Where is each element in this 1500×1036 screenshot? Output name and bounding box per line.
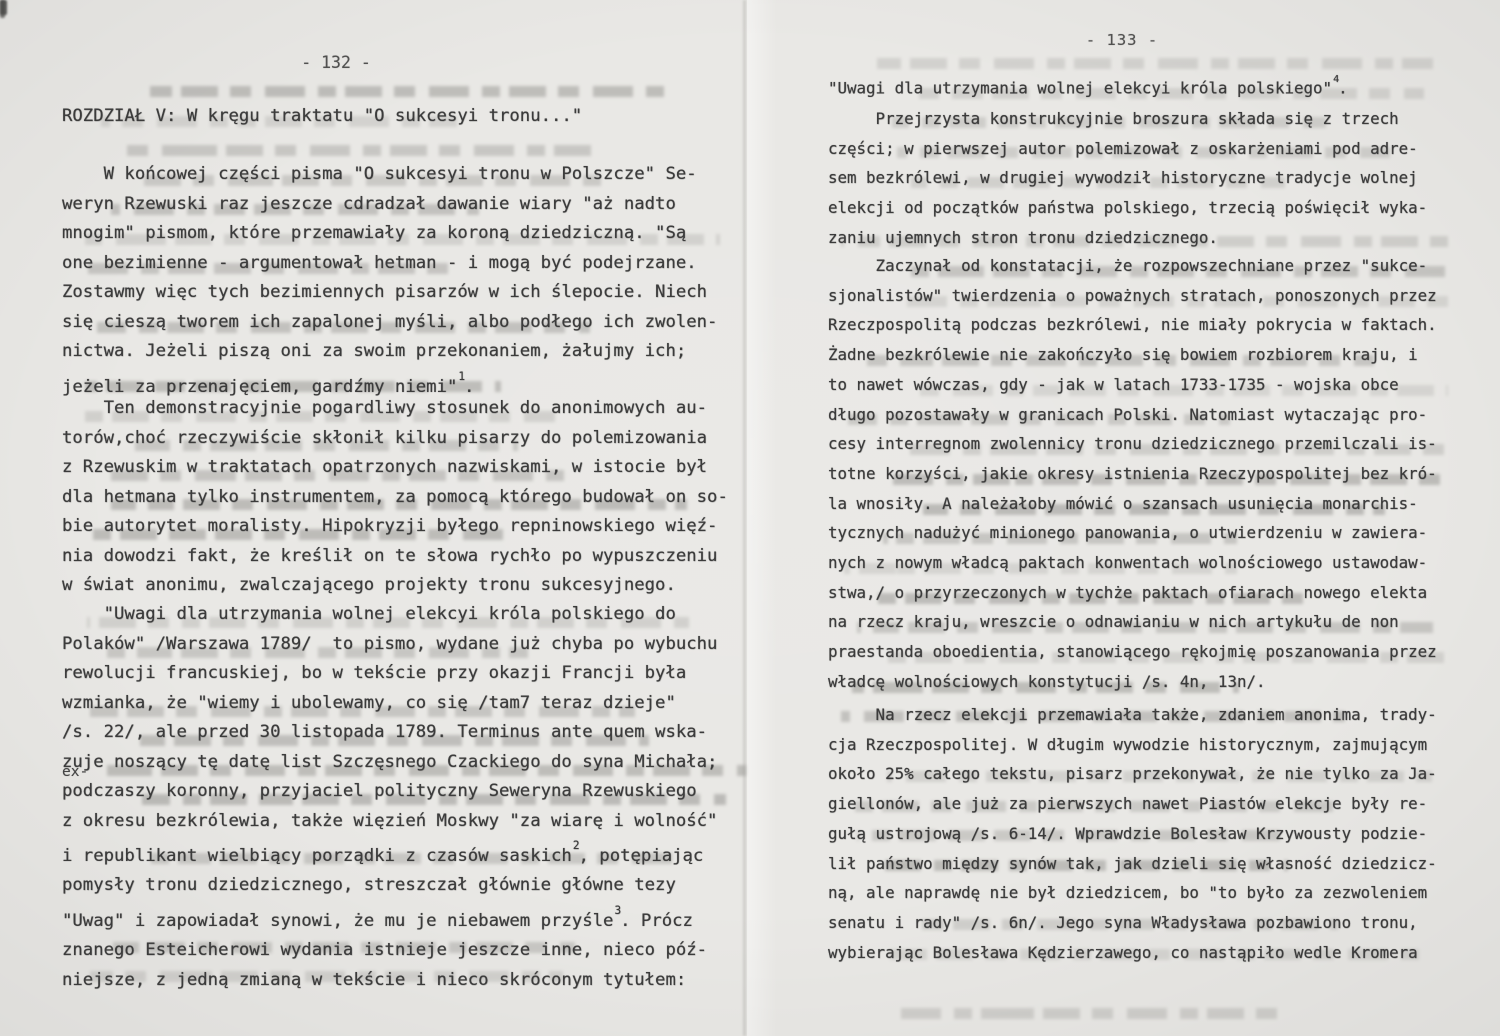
text-line: lił państwo między synów tak, jak dzieli…: [828, 849, 1437, 879]
text-line: podczaszy koronny, przyjaciel polityczny…: [62, 777, 717, 807]
text-line: Zostawmy więc tych bezimiennych pisarzów…: [62, 278, 717, 308]
page-number: - 133 -: [1022, 26, 1222, 56]
text-line: Na rzecz elekcji przemawiała także, zdan…: [828, 700, 1437, 730]
text-line: "Uwag" i zapowiadał synowi, że mu je nie…: [62, 901, 717, 936]
text-line: giellonów, ale już za pierwszych nawet P…: [828, 789, 1437, 819]
text-line: cesy interregnom zwolennicy tronu dziedz…: [828, 429, 1437, 459]
text-line: Rzeczpospolitą podczas bezkrólewi, nie m…: [828, 310, 1437, 340]
text-line: elekcji od początków państwa polskiego, …: [828, 193, 1427, 223]
text-line: one bezimienne - argumentował hetman - i…: [62, 249, 717, 279]
text-line: Ten demonstracyjnie pogardliwy stosunek …: [62, 394, 728, 424]
text-line: mnogim" pismom, które przemawiały za kor…: [62, 219, 717, 249]
paragraph-2: Ten demonstracyjnie pogardliwy stosunek …: [62, 394, 728, 601]
text-line: z Rzewuskim w traktatach opatrzonych naz…: [62, 453, 728, 483]
text-line: długo pozostawały w granicach Polski. Na…: [828, 400, 1437, 430]
text-line: Żadne bezkrólewie nie zakończyło się bow…: [828, 340, 1437, 370]
text-line: stwa,/ o przyrzeczonych w tychże paktach…: [828, 578, 1437, 608]
text-line: "Uwagi dla utrzymania wolnej elekcyi kró…: [62, 600, 717, 630]
text-line: części; w pierwszej autor polemizował z …: [828, 134, 1427, 164]
text-line: torów,choć rzeczywiście skłonił kilku pi…: [62, 424, 728, 454]
text-line: sjonalistów" twierdzenia o poważnych str…: [828, 281, 1437, 311]
text-line: znanego Esteicherowi wydania istnieje je…: [62, 936, 717, 966]
marginal-insertion-ex: ex-: [62, 765, 88, 779]
text-line: zaniu ujemnych stron tronu dziedzicznego…: [828, 223, 1427, 253]
text-line: bie autorytet moralisty. Hipokryzji byłe…: [62, 512, 728, 542]
text-line: cja Rzeczpospolitej. W długim wywodzie h…: [828, 730, 1437, 760]
page-132: - 132 - ROZDZIAŁ V: W kręgu traktatu "O …: [62, 0, 762, 1036]
text-line: ną, ale naprawdę nie był dziedzicem, bo …: [828, 878, 1437, 908]
text-line: pomysły tronu dziedzicznego, streszczał …: [62, 871, 717, 901]
text-line: zuje noszący tę datę list Szczęsnego Cza…: [62, 748, 717, 778]
text-line: niejsze, z jedną zmianą w tekście i niec…: [62, 966, 717, 996]
text-line: la wnosiły. A należałoby mówić o szansac…: [828, 489, 1437, 519]
text-line: nych z nowym władcą paktach konwentach w…: [828, 548, 1437, 578]
text-line: z okresu bezkrólewia, także więzień Mosk…: [62, 807, 717, 837]
text-line: około 25% całego tekstu, pisarz przekony…: [828, 759, 1437, 789]
title-carryover-line: "Uwagi dla utrzymania wolnej elekcyi kró…: [828, 70, 1348, 103]
scan-edge-mark: [0, 0, 5, 18]
paragraph-3: Na rzecz elekcji przemawiała także, zdan…: [828, 700, 1437, 967]
text-line: sem bezkrólewi, w drugiej wywodził histo…: [828, 163, 1427, 193]
paragraph-3: "Uwagi dla utrzymania wolnej elekcyi kró…: [62, 600, 717, 995]
page-number: - 132 -: [236, 48, 436, 78]
text-line: totne korzyści, jakie okresy istnienia R…: [828, 459, 1437, 489]
text-line: gułą ustrojową /s. 6-14/. Wprawdzie Bole…: [828, 819, 1437, 849]
text-line: praestanda oboedientia, stanowiącego ręk…: [828, 637, 1437, 667]
text-line: dla hetmana tylko instrumentem, za pomoc…: [62, 483, 728, 513]
chapter-heading: ROZDZIAŁ V: W kręgu traktatu "O sukcesyi…: [62, 102, 582, 132]
text-line: i republikant wielbiący porządki z czasó…: [62, 836, 717, 871]
paragraph-1: Przejrzysta konstrukcyjnie broszura skła…: [828, 104, 1427, 253]
text-line: W końcowej części pisma "O sukcesyi tron…: [62, 160, 717, 190]
text-line: Polaków" /Warszawa 1789/ to pismo, wydan…: [62, 630, 717, 660]
text-line: senatu i rady" /s. 6n/. Jego syna Władys…: [828, 908, 1437, 938]
text-line: władcę wolnościowych konstytucji /s. 4n,…: [828, 667, 1437, 697]
book-scan: - 132 - ROZDZIAŁ V: W kręgu traktatu "O …: [0, 0, 1500, 1036]
text-line: /s. 22/, ale przed 30 listopada 1789. Te…: [62, 718, 717, 748]
text-line: "Uwagi dla utrzymania wolnej elekcyi kró…: [828, 70, 1348, 103]
text-line: Zaczynał od konstatacji, że rozpowszechn…: [828, 251, 1437, 281]
paragraph-1: W końcowej części pisma "O sukcesyi tron…: [62, 160, 717, 402]
text-line: nia dowodzi fakt, że kreślił on te słowa…: [62, 542, 728, 572]
text-line: to nawet wówczas, gdy - jak w latach 173…: [828, 370, 1437, 400]
text-line: się cieszą tworem ich zapalonej myśli, a…: [62, 308, 717, 338]
text-line: weryn Rzewuski raz jeszcze cdradzał dawa…: [62, 190, 717, 220]
text-line: wzmianka, że "wiemy i ubolewamy, co się …: [62, 689, 717, 719]
text-line: Przejrzysta konstrukcyjnie broszura skła…: [828, 104, 1427, 134]
text-line: rewolucji francuskiej, bo w tekście przy…: [62, 659, 717, 689]
text-line: na rzecz kraju, wreszcie o odnawianiu w …: [828, 607, 1437, 637]
paragraph-2: Zaczynał od konstatacji, że rozpowszechn…: [828, 251, 1437, 697]
text-line: w świat anonimu, zwalczającego projekty …: [62, 571, 728, 601]
text-line: nictwa. Jeżeli piszą oni za swoim przeko…: [62, 337, 717, 367]
text-line: tycznych nadużyć minionego panowania, o …: [828, 518, 1437, 548]
text-line: wybierając Bolesława Kędzierzawego, co n…: [828, 938, 1437, 968]
page-133: - 133 - "Uwagi dla utrzymania wolnej ele…: [828, 0, 1468, 1036]
